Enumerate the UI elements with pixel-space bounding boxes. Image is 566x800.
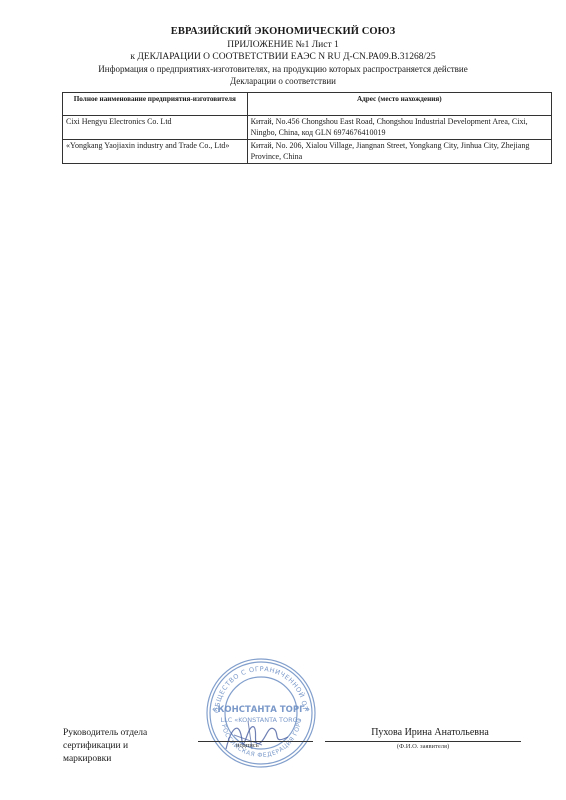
organization-title: ЕВРАЗИЙСКИЙ ЭКОНОМИЧЕСКИЙ СОЮЗ [0, 26, 566, 37]
description-line-1: Информация о предприятиях-изготовителях,… [0, 64, 566, 74]
manufacturers-table: Полное наименование предприятия-изготови… [62, 92, 552, 164]
signer-role: Руководитель отдела сертификации и марки… [63, 727, 163, 766]
signature-caption: подпись [236, 742, 259, 749]
table-row: Cixi Hengyu Electronics Co. Ltd Китай, N… [63, 116, 552, 140]
column-header-name: Полное наименование предприятия-изготови… [63, 93, 248, 116]
declaration-reference: к ДЕКЛАРАЦИИ О СООТВЕТСТВИИ ЕАЭС N RU Д-… [0, 52, 566, 62]
column-header-address: Адрес (место нахождения) [247, 93, 551, 116]
name-caption: (Ф.И.О. заявителя) [325, 743, 521, 750]
stamp-center-ru: «КОНСТАНТА ТОРГ» [212, 705, 310, 715]
manufacturer-address: Китай, No.456 Chongshou East Road, Chong… [247, 116, 551, 140]
manufacturer-address: Китай, No. 206, Xialou Village, Jiangnan… [247, 140, 551, 164]
appendix-title: ПРИЛОЖЕНИЕ №1 Лист 1 [0, 40, 566, 50]
table-row: «Yongkang Yaojiaxin industry and Trade C… [63, 140, 552, 164]
signer-name: Пухова Ирина Анатольевна [340, 727, 520, 738]
manufacturer-name: Cixi Hengyu Electronics Co. Ltd [63, 116, 248, 140]
signature-icon [222, 715, 292, 755]
description-line-2: Декларации о соответствии [0, 76, 566, 86]
manufacturer-name: «Yongkang Yaojiaxin industry and Trade C… [63, 140, 248, 164]
table-header-row: Полное наименование предприятия-изготови… [63, 93, 552, 116]
signer-role-text: Руководитель отдела сертификации и марки… [63, 727, 163, 766]
name-line [325, 741, 521, 742]
